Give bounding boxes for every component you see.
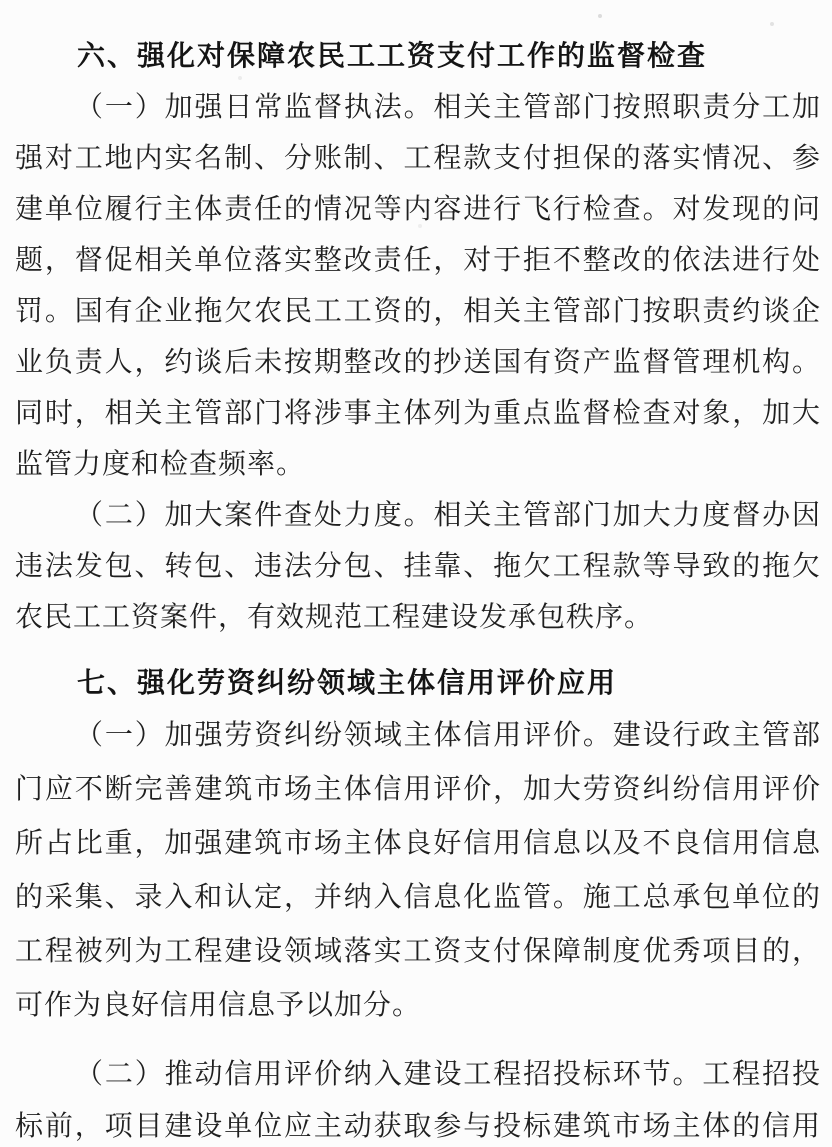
scanned-document-page: 六、强化对保障农民工工资支付工作的监督检查（一）加强日常监督执法。相关主管部门按… <box>0 0 832 1147</box>
paragraph: （一）加强劳资纠纷领域主体信用评价。建设行政主管部门应不断完善建筑市场主体信用评… <box>15 709 820 1033</box>
text-line: （一）加强日常监督执法。相关主管部门按照职责分工加 <box>15 82 820 133</box>
text-line: 所占比重，加强建筑市场主体良好信用信息以及不良信用信息 <box>15 817 820 871</box>
text-line: 农民工工资案件，有效规范工程建设发承包秩序。 <box>15 592 820 643</box>
section-heading: 六、强化对保障农民工工资支付工作的监督检查 <box>15 30 820 82</box>
text-line: 违法发包、转包、违法分包、挂靠、拖欠工程款等导致的拖欠 <box>15 541 820 592</box>
text-line: 业负责人，约谈后未按期整改的抄送国有资产监督管理机构。 <box>15 337 820 388</box>
text-line: 可作为良好信用信息予以加分。 <box>15 979 820 1033</box>
text-line: （一）加强劳资纠纷领域主体信用评价。建设行政主管部 <box>15 709 820 763</box>
text-line: 的采集、录入和认定，并纳入信息化监管。施工总承包单位的 <box>15 871 820 925</box>
text-line: 监管力度和检查频率。 <box>15 439 820 490</box>
text-line: 建单位履行主体责任的情况等内容进行飞行检查。对发现的问 <box>15 184 820 235</box>
text-line: 工程被列为工程建设领域落实工资支付保障制度优秀项目的， <box>15 925 820 979</box>
text-line: （二）加大案件查处力度。相关主管部门加大力度督办因 <box>15 490 820 541</box>
text-line: 同时，相关主管部门将涉事主体列为重点监督检查对象，加大 <box>15 388 820 439</box>
text-line: 门应不断完善建筑市场主体信用评价，加大劳资纠纷信用评价 <box>15 763 820 817</box>
text-line: 题，督促相关单位落实整改责任，对于拒不整改的依法进行处 <box>15 235 820 286</box>
text-line: 标前，项目建设单位应主动获取参与投标建筑市场主体的信用 <box>15 1101 820 1147</box>
paragraph: （二）推动信用评价纳入建设工程招投标环节。工程招投标前，项目建设单位应主动获取参… <box>15 1049 820 1147</box>
text-line: 罚。国有企业拖欠农民工工资的，相关主管部门按职责约谈企 <box>15 286 820 337</box>
section-heading: 七、强化劳资纠纷领域主体信用评价应用 <box>15 657 820 709</box>
paragraph: （一）加强日常监督执法。相关主管部门按照职责分工加强对工地内实名制、分账制、工程… <box>15 82 820 490</box>
text-line: 强对工地内实名制、分账制、工程款支付担保的落实情况、参 <box>15 133 820 184</box>
paragraph: （二）加大案件查处力度。相关主管部门加大力度督办因违法发包、转包、违法分包、挂靠… <box>15 490 820 643</box>
scan-noise <box>598 14 602 18</box>
document-body: 六、强化对保障农民工工资支付工作的监督检查（一）加强日常监督执法。相关主管部门按… <box>15 30 820 1147</box>
text-line: （二）推动信用评价纳入建设工程招投标环节。工程招投 <box>15 1049 820 1101</box>
